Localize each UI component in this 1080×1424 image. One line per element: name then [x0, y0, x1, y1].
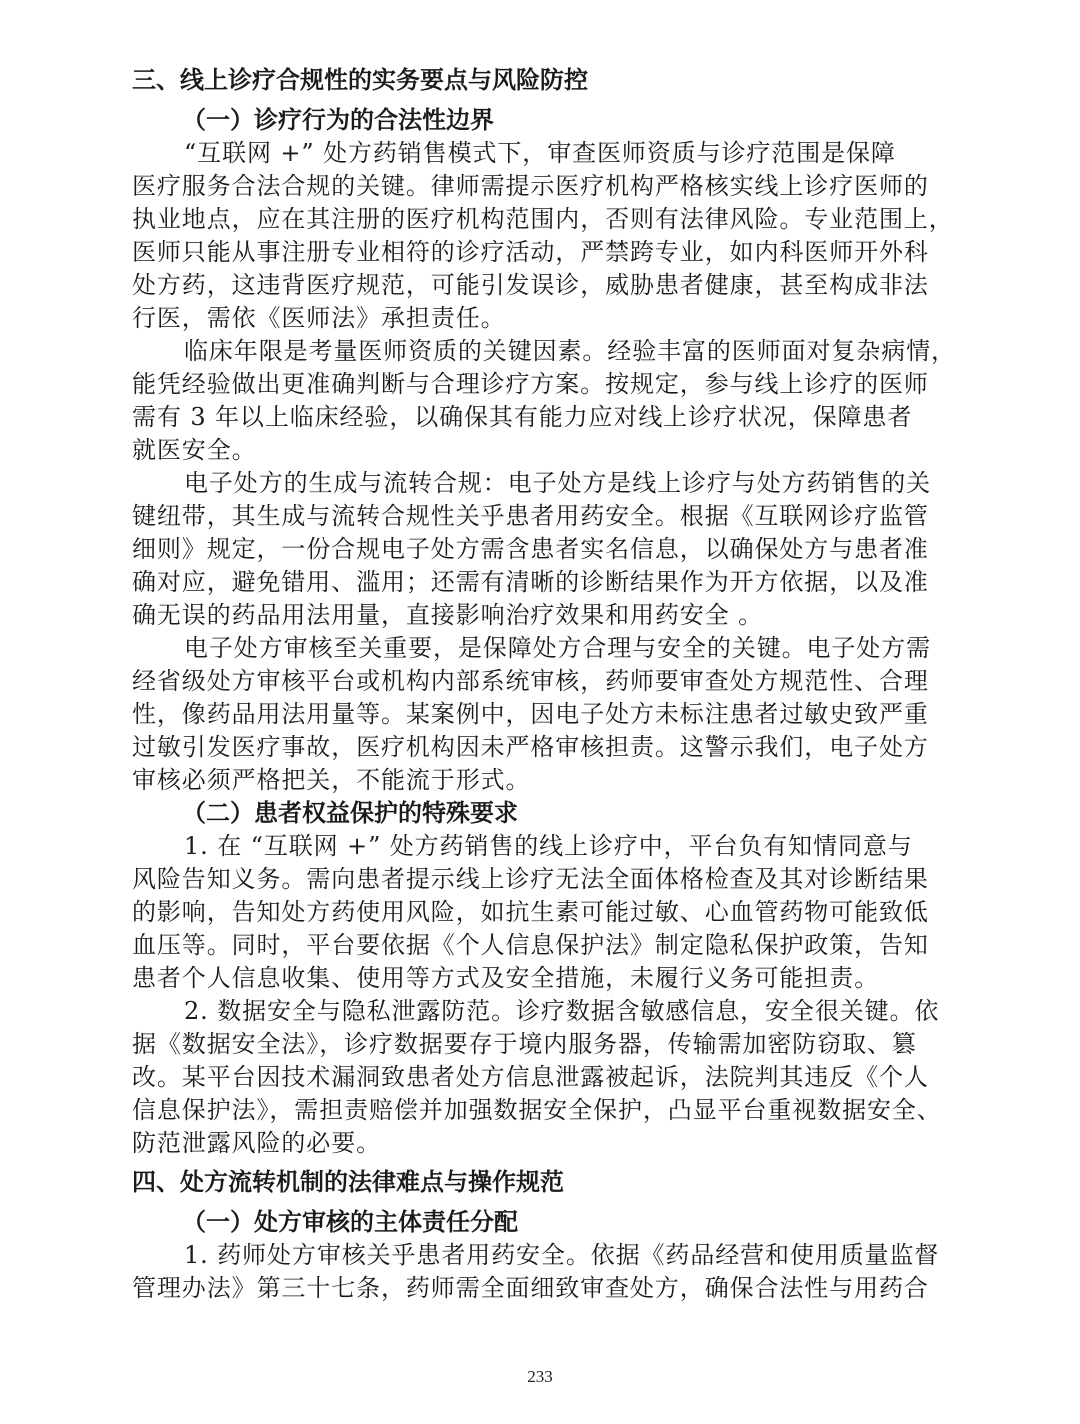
text-line: 执业地点，应在其注册的医疗机构范围内，否则有法律风险。专业范围上， — [132, 203, 946, 236]
text-line: 风险告知义务。需向患者提示线上诊疗无法全面体格检查及其对诊断结果 — [132, 863, 946, 896]
paragraph-pharmacist-review: 1. 药师处方审核关乎患者用药安全。依据《药品经营和使用质量监督 管理办法》第三… — [132, 1239, 946, 1305]
paragraph-informed-consent: 1. 在 “互联网 +” 处方药销售的线上诊疗中，平台负有知情同意与 风险告知义… — [132, 830, 946, 995]
text-line: 审核必须严格把关，不能流于形式。 — [132, 764, 946, 797]
text-line: 需有 3 年以上临床经验，以确保其有能力应对线上诊疗状况，保障患者 — [132, 401, 946, 434]
text-line: 患者个人信息收集、使用等方式及安全措施，未履行义务可能担责。 — [132, 962, 946, 995]
text-line: 1. 在 “互联网 +” 处方药销售的线上诊疗中，平台负有知情同意与 — [132, 830, 946, 863]
text-line: 防范泄露风险的必要。 — [132, 1127, 946, 1160]
page-number: 233 — [0, 1367, 1080, 1387]
text-line: 细则》规定，一份合规电子处方需含患者实名信息，以确保处方与患者准 — [132, 533, 946, 566]
text-line: 性，像药品用法用量等。某案例中，因电子处方未标注患者过敏史致严重 — [132, 698, 946, 731]
text-line: 血压等。同时，平台要依据《个人信息保护法》制定隐私保护政策，告知 — [132, 929, 946, 962]
text-line: 就医安全。 — [132, 434, 946, 467]
paragraph-e-prescription-generation: 电子处方的生成与流转合规：电子处方是线上诊疗与处方药销售的关 键纽带，其生成与流… — [132, 467, 946, 632]
text-line: 管理办法》第三十七条，药师需全面细致审查处方，确保合法性与用药合 — [132, 1272, 946, 1305]
text-line: 经省级处方审核平台或机构内部系统审核，药师要审查处方规范性、合理 — [132, 665, 946, 698]
text-line: 能凭经验做出更准确判断与合理诊疗方案。按规定，参与线上诊疗的医师 — [132, 368, 946, 401]
paragraph-clinical-years: 临床年限是考量医师资质的关键因素。经验丰富的医师面对复杂病情， 能凭经验做出更准… — [132, 335, 946, 467]
text-line: 2. 数据安全与隐私泄露防范。诊疗数据含敏感信息，安全很关键。依 — [132, 995, 946, 1028]
text-line: “互联网 +” 处方药销售模式下，审查医师资质与诊疗范围是保障 — [132, 137, 946, 170]
text-line: 电子处方审核至关重要，是保障处方合理与安全的关键。电子处方需 — [132, 632, 946, 665]
text-line: 信息保护法》，需担责赔偿并加强数据安全保护，凸显平台重视数据安全、 — [132, 1094, 946, 1127]
text-line: 据《数据安全法》，诊疗数据要存于境内服务器，传输需加密防窃取、篡 — [132, 1028, 946, 1061]
subsection-heading-4-1: （一）处方审核的主体责任分配 — [132, 1206, 946, 1239]
paragraph-data-security: 2. 数据安全与隐私泄露防范。诊疗数据含敏感信息，安全很关键。依 据《数据安全法… — [132, 995, 946, 1160]
subsection-heading-3-1: （一）诊疗行为的合法性边界 — [132, 104, 946, 137]
text-line: 确无误的药品用法用量，直接影响治疗效果和用药安全 。 — [132, 599, 946, 632]
paragraph-doctor-qualification: “互联网 +” 处方药销售模式下，审查医师资质与诊疗范围是保障 医疗服务合法合规… — [132, 137, 946, 335]
text-line: 临床年限是考量医师资质的关键因素。经验丰富的医师面对复杂病情， — [132, 335, 946, 368]
text-line: 过敏引发医疗事故，医疗机构因未严格审核担责。这警示我们，电子处方 — [132, 731, 946, 764]
text-line: 处方药，这违背医疗规范，可能引发误诊，威胁患者健康，甚至构成非法 — [132, 269, 946, 302]
text-line: 键纽带，其生成与流转合规性关乎患者用药安全。根据《互联网诊疗监管 — [132, 500, 946, 533]
section-heading-4: 四、处方流转机制的法律难点与操作规范 — [132, 1166, 946, 1206]
text-line: 行医，需依《医师法》承担责任。 — [132, 302, 946, 335]
subsection-heading-3-2: （二）患者权益保护的特殊要求 — [132, 797, 946, 830]
paragraph-e-prescription-review: 电子处方审核至关重要，是保障处方合理与安全的关键。电子处方需 经省级处方审核平台… — [132, 632, 946, 797]
text-line: 电子处方的生成与流转合规：电子处方是线上诊疗与处方药销售的关 — [132, 467, 946, 500]
text-line: 医疗服务合法合规的关键。律师需提示医疗机构严格核实线上诊疗医师的 — [132, 170, 946, 203]
text-line: 确对应，避免错用、滥用；还需有清晰的诊断结果作为开方依据，以及准 — [132, 566, 946, 599]
text-line: 改。某平台因技术漏洞致患者处方信息泄露被起诉，法院判其违反《个人 — [132, 1061, 946, 1094]
document-page: 三、线上诊疗合规性的实务要点与风险防控 （一）诊疗行为的合法性边界 “互联网 +… — [132, 64, 946, 1305]
text-line: 1. 药师处方审核关乎患者用药安全。依据《药品经营和使用质量监督 — [132, 1239, 946, 1272]
section-heading-3: 三、线上诊疗合规性的实务要点与风险防控 — [132, 64, 946, 104]
text-line: 的影响，告知处方药使用风险，如抗生素可能过敏、心血管药物可能致低 — [132, 896, 946, 929]
text-line: 医师只能从事注册专业相符的诊疗活动，严禁跨专业，如内科医师开外科 — [132, 236, 946, 269]
